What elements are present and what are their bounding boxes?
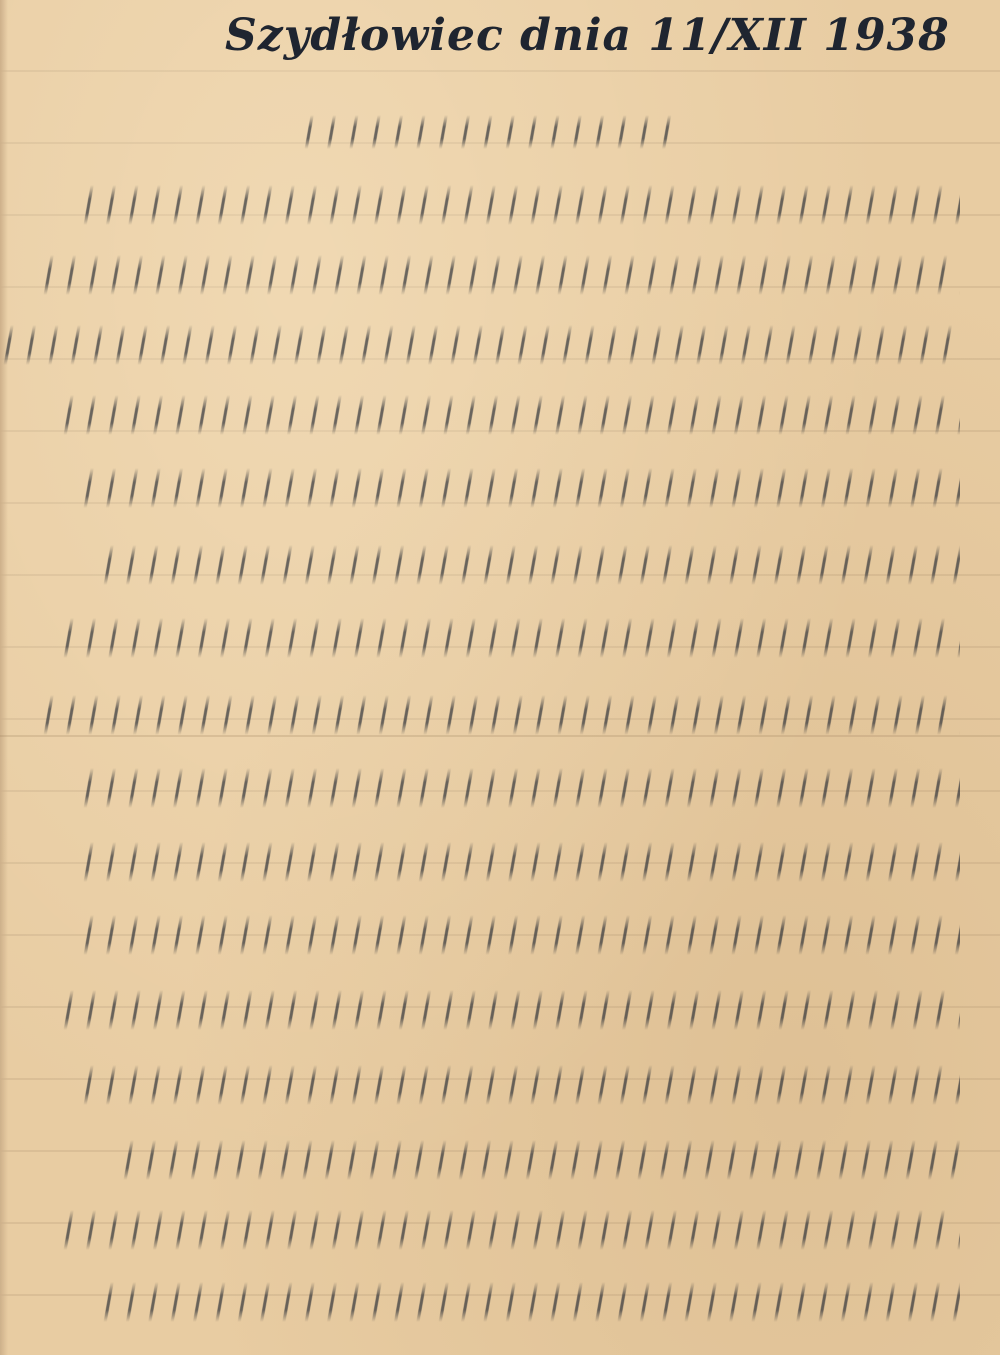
paper-edge [0,0,8,1355]
handwriting-stroke [60,1210,960,1250]
handwritten-line: [handwritten Yiddish line 10] [80,842,960,882]
letter-page: Szydłowiec dnia 11/XII 1938 [handwritten… [0,0,1000,1355]
handwritten-line: [handwritten Yiddish line 3] [0,325,960,365]
handwriting-stroke [80,468,960,508]
handwritten-line: [handwritten Yiddish line 1] [80,185,960,225]
handwriting-stroke [120,1140,960,1180]
handwriting-stroke [80,842,960,882]
handwritten-line: [handwritten Yiddish line 8] [40,695,960,735]
handwriting-stroke [80,185,960,225]
handwriting-stroke [60,618,960,658]
place-date-header: Szydłowiec dnia 11/XII 1938 [225,10,950,61]
handwriting-stroke [80,768,960,808]
handwritten-line: [handwritten Yiddish line 6] [100,545,960,585]
handwritten-line: [handwritten Yiddish line 2] [40,255,960,295]
handwritten-line: [handwritten Yiddish line 15] [60,1210,960,1250]
handwritten-line: [handwritten Yiddish line 4] [60,395,960,435]
handwriting-stroke [40,255,960,295]
handwriting-stroke [80,915,960,955]
handwriting-stroke [40,695,960,735]
handwritten-line: [handwritten Yiddish line 9] [80,768,960,808]
handwriting-stroke [300,115,680,149]
handwriting-stroke [80,1065,960,1105]
handwritten-line: [handwritten Yiddish line 5] [80,468,960,508]
handwriting-stroke [60,395,960,435]
salutation: [handwritten Yiddish salutation ending w… [300,115,680,149]
handwritten-line: [handwritten Yiddish line 13] [80,1065,960,1105]
handwritten-line: [handwritten Yiddish line 16] [100,1282,960,1322]
handwritten-line: [handwritten Yiddish line 11] [80,915,960,955]
handwriting-stroke [100,1282,960,1322]
handwriting-stroke [60,990,960,1030]
handwritten-line: [handwritten Yiddish line 14] [120,1140,960,1180]
handwritten-line: [handwritten Yiddish line 12] [60,990,960,1030]
handwriting-stroke [100,545,960,585]
handwritten-line: [handwritten Yiddish line 7] [60,618,960,658]
handwriting-stroke [0,325,960,365]
paper-fold [0,735,1000,737]
